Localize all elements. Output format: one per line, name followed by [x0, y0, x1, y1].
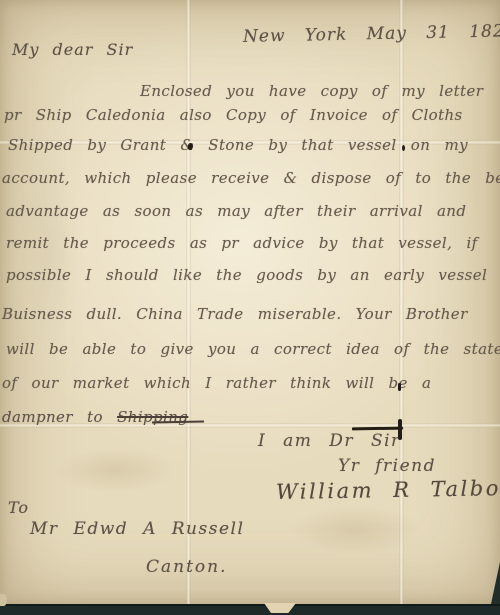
salutation: My dear Sir [12, 40, 133, 59]
body-line: Shipped by Grant & Stone by that vessel … [8, 136, 468, 154]
ink-bleedthrough [55, 448, 175, 493]
closing-line: I am Dr Sir [258, 431, 401, 451]
ink-blot [402, 145, 405, 151]
address-place: Canton. [146, 557, 228, 577]
body-line: will be able to give you a correct idea … [6, 340, 500, 358]
letter-page: New York May 31 1826 My dear Sir Enclose… [0, 0, 500, 604]
body-line: account, which please receive & dispose … [2, 169, 500, 187]
body-line: Buisness dull. China Trade miserable. Yo… [2, 305, 468, 323]
paper-fragment [0, 594, 7, 606]
signature: William R Talbot [276, 476, 500, 504]
ink-blot [398, 383, 401, 391]
paper-tab [264, 603, 296, 613]
address-recipient: Mr Edwd A Russell [30, 519, 244, 539]
scanned-letter: New York May 31 1826 My dear Sir Enclose… [0, 0, 500, 615]
final-line-prefix: dampner to [2, 408, 117, 426]
body-line: possible I should like the goods by an e… [6, 266, 487, 284]
ink-bleedthrough [290, 505, 420, 555]
ink-mark-horizontal [352, 427, 403, 431]
dateline: New York May 31 1826 [243, 21, 500, 47]
closing-line: Yr friend [338, 456, 436, 476]
address-to-label: To [8, 498, 29, 517]
body-line: Enclosed you have copy of my letter [140, 82, 483, 100]
body-line: of our market which I rather think will … [2, 374, 431, 392]
body-line: remit the proceeds as pr advice by that … [6, 234, 478, 252]
body-line: advantage as soon as may after their arr… [6, 202, 466, 220]
body-line: pr Ship Caledonia also Copy of Invoice o… [4, 106, 463, 124]
ink-mark-vertical [398, 419, 402, 440]
